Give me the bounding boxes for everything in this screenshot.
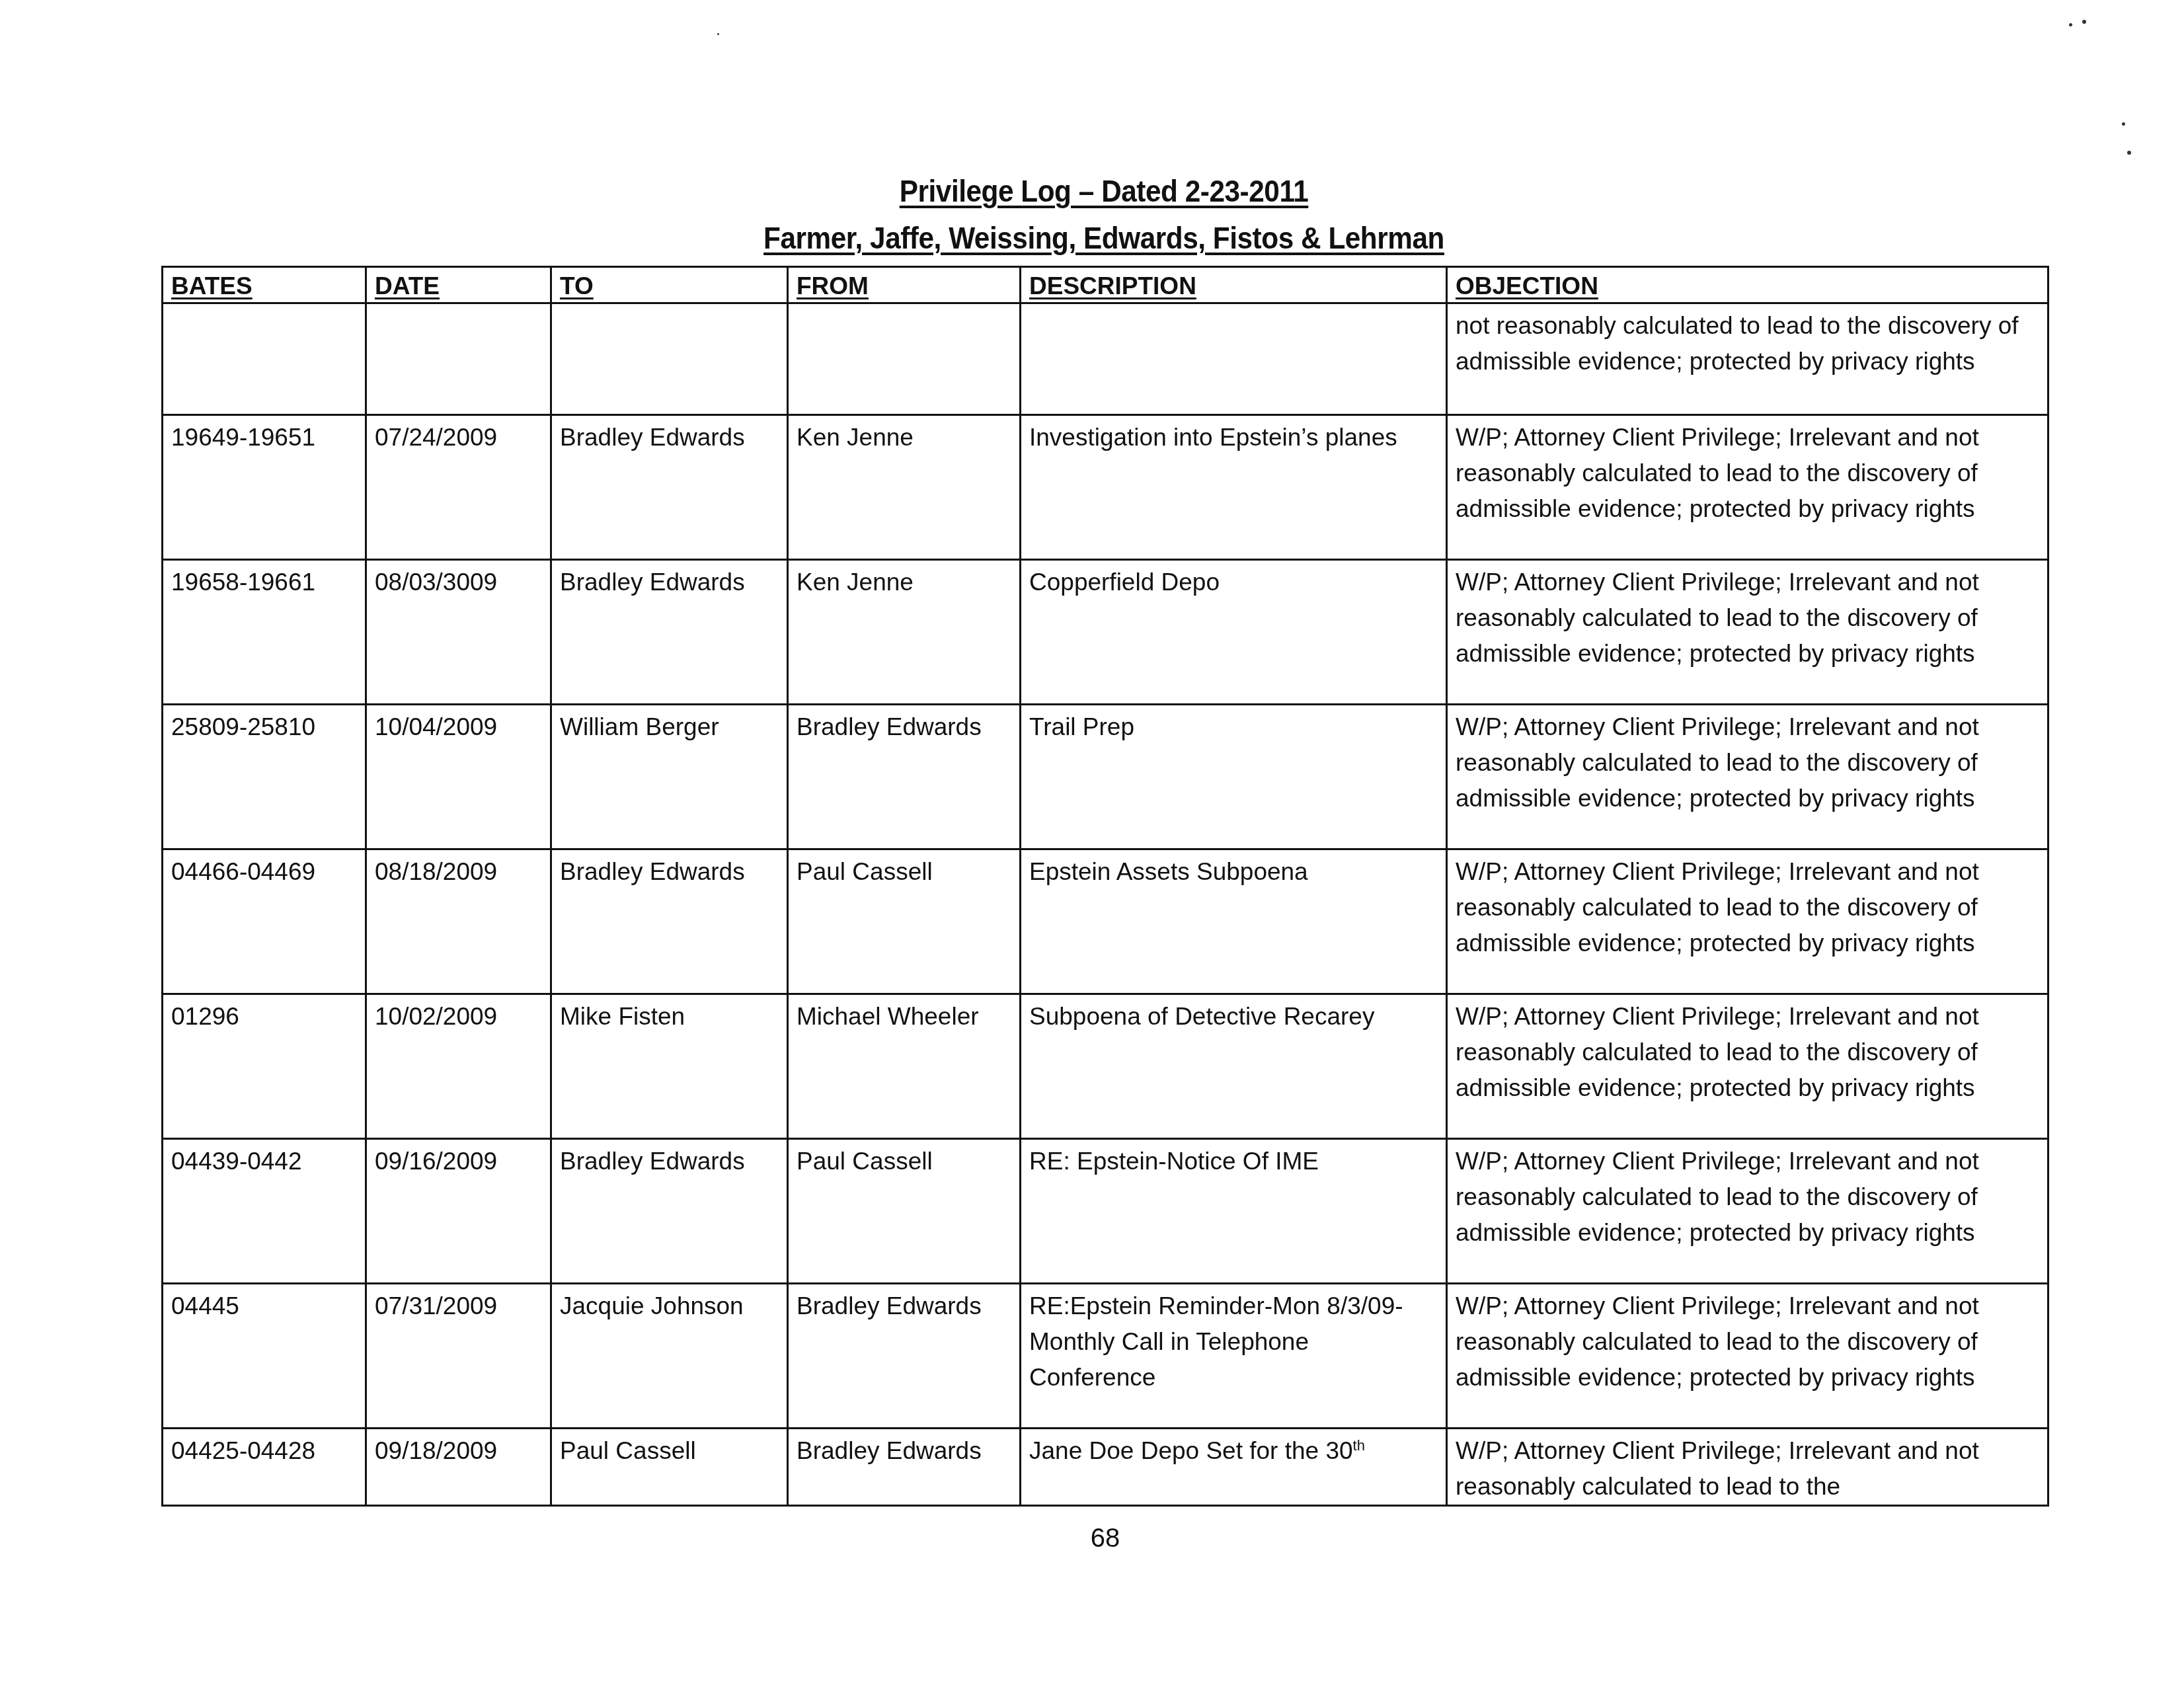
cell-date: 08/03/3009	[366, 560, 551, 705]
cell-date: 07/24/2009	[366, 415, 551, 560]
cell-bates: 04466-04469	[163, 849, 366, 994]
table-row: 25809-25810 10/04/2009 William Berger Br…	[163, 705, 2048, 849]
cell-date	[366, 303, 551, 415]
document-subtitle: Farmer, Jaffe, Weissing, Edwards, Fistos…	[99, 220, 2109, 256]
cell-bates	[163, 303, 366, 415]
cell-description: RE:Epstein Reminder-Mon 8/3/09-Monthly C…	[1021, 1284, 1447, 1429]
cell-date: 09/18/2009	[366, 1429, 551, 1506]
table-row: 04439-0442 09/16/2009 Bradley Edwards Pa…	[163, 1139, 2048, 1284]
privilege-log-table: BATES DATE TO FROM DESCRIPTION OBJECTION…	[161, 266, 2049, 1507]
cell-to: Mike Fisten	[551, 994, 788, 1139]
table-row-continued: not reasonably calculated to lead to the…	[163, 303, 2048, 415]
table-row: 19658-19661 08/03/3009 Bradley Edwards K…	[163, 560, 2048, 705]
cell-objection: W/P; Attorney Client Privilege; Irreleva…	[1447, 560, 2048, 705]
cell-from: Paul Cassell	[788, 849, 1021, 994]
cell-to: Paul Cassell	[551, 1429, 788, 1506]
cell-objection: W/P; Attorney Client Privilege; Irreleva…	[1447, 849, 2048, 994]
cell-description: RE: Epstein-Notice Of IME	[1021, 1139, 1447, 1284]
column-header-date: DATE	[366, 267, 551, 303]
scan-speck	[2122, 122, 2125, 126]
cell-description: Jane Doe Depo Set for the 30th	[1021, 1429, 1447, 1506]
cell-date: 08/18/2009	[366, 849, 551, 994]
scan-speck	[2082, 20, 2086, 24]
cell-from	[788, 303, 1021, 415]
column-header-to: TO	[551, 267, 788, 303]
cell-objection: W/P; Attorney Client Privilege; Irreleva…	[1447, 415, 2048, 560]
cell-bates: 01296	[163, 994, 366, 1139]
cell-description: Copperfield Depo	[1021, 560, 1447, 705]
table-row: 19649-19651 07/24/2009 Bradley Edwards K…	[163, 415, 2048, 560]
cell-to	[551, 303, 788, 415]
cell-date: 10/02/2009	[366, 994, 551, 1139]
column-header-objection: OBJECTION	[1447, 267, 2048, 303]
cell-objection: W/P; Attorney Client Privilege; Irreleva…	[1447, 1139, 2048, 1284]
cell-description: Epstein Assets Subpoena	[1021, 849, 1447, 994]
cell-bates: 25809-25810	[163, 705, 366, 849]
cell-description: Subpoena of Detective Recarey	[1021, 994, 1447, 1139]
cell-to: Bradley Edwards	[551, 1139, 788, 1284]
cell-to: Jacquie Johnson	[551, 1284, 788, 1429]
cell-bates: 04445	[163, 1284, 366, 1429]
cell-to: William Berger	[551, 705, 788, 849]
cell-objection: W/P; Attorney Client Privilege; Irreleva…	[1447, 994, 2048, 1139]
scan-speck	[717, 33, 719, 35]
cell-bates: 19658-19661	[163, 560, 366, 705]
cell-from: Bradley Edwards	[788, 1284, 1021, 1429]
cell-to: Bradley Edwards	[551, 849, 788, 994]
cell-from: Michael Wheeler	[788, 994, 1021, 1139]
cell-bates: 04439-0442	[163, 1139, 366, 1284]
description-text: Jane Doe Depo Set for the 30	[1029, 1437, 1353, 1464]
table-row: 04466-04469 08/18/2009 Bradley Edwards P…	[163, 849, 2048, 994]
table-header-row: BATES DATE TO FROM DESCRIPTION OBJECTION	[163, 267, 2048, 303]
table-row-last: 04425-04428 09/18/2009 Paul Cassell Brad…	[163, 1429, 2048, 1506]
cell-from: Ken Jenne	[788, 415, 1021, 560]
table-row: 04445 07/31/2009 Jacquie Johnson Bradley…	[163, 1284, 2048, 1429]
cell-from: Bradley Edwards	[788, 705, 1021, 849]
cell-objection: W/P; Attorney Client Privilege; Irreleva…	[1447, 1429, 2048, 1506]
cell-date: 07/31/2009	[366, 1284, 551, 1429]
cell-to: Bradley Edwards	[551, 415, 788, 560]
cell-objection: W/P; Attorney Client Privilege; Irreleva…	[1447, 1284, 2048, 1429]
column-header-bates: BATES	[163, 267, 366, 303]
document-title: Privilege Log – Dated 2-23-2011	[99, 173, 2109, 209]
cell-date: 10/04/2009	[366, 705, 551, 849]
column-header-description: DESCRIPTION	[1021, 267, 1447, 303]
cell-description: Investigation into Epstein’s planes	[1021, 415, 1447, 560]
scan-speck	[2069, 23, 2072, 26]
scan-speck	[2127, 151, 2131, 155]
ordinal-suffix: th	[1353, 1437, 1365, 1454]
table-row: 01296 10/02/2009 Mike Fisten Michael Whe…	[163, 994, 2048, 1139]
cell-from: Ken Jenne	[788, 560, 1021, 705]
cell-description	[1021, 303, 1447, 415]
cell-description: Trail Prep	[1021, 705, 1447, 849]
cell-from: Bradley Edwards	[788, 1429, 1021, 1506]
cell-date: 09/16/2009	[366, 1139, 551, 1284]
cell-from: Paul Cassell	[788, 1139, 1021, 1284]
cell-bates: 19649-19651	[163, 415, 366, 560]
page-number: 68	[0, 1524, 2184, 1553]
cell-objection: W/P; Attorney Client Privilege; Irreleva…	[1447, 705, 2048, 849]
cell-objection: not reasonably calculated to lead to the…	[1447, 303, 2048, 415]
cell-to: Bradley Edwards	[551, 560, 788, 705]
cell-bates: 04425-04428	[163, 1429, 366, 1506]
column-header-from: FROM	[788, 267, 1021, 303]
